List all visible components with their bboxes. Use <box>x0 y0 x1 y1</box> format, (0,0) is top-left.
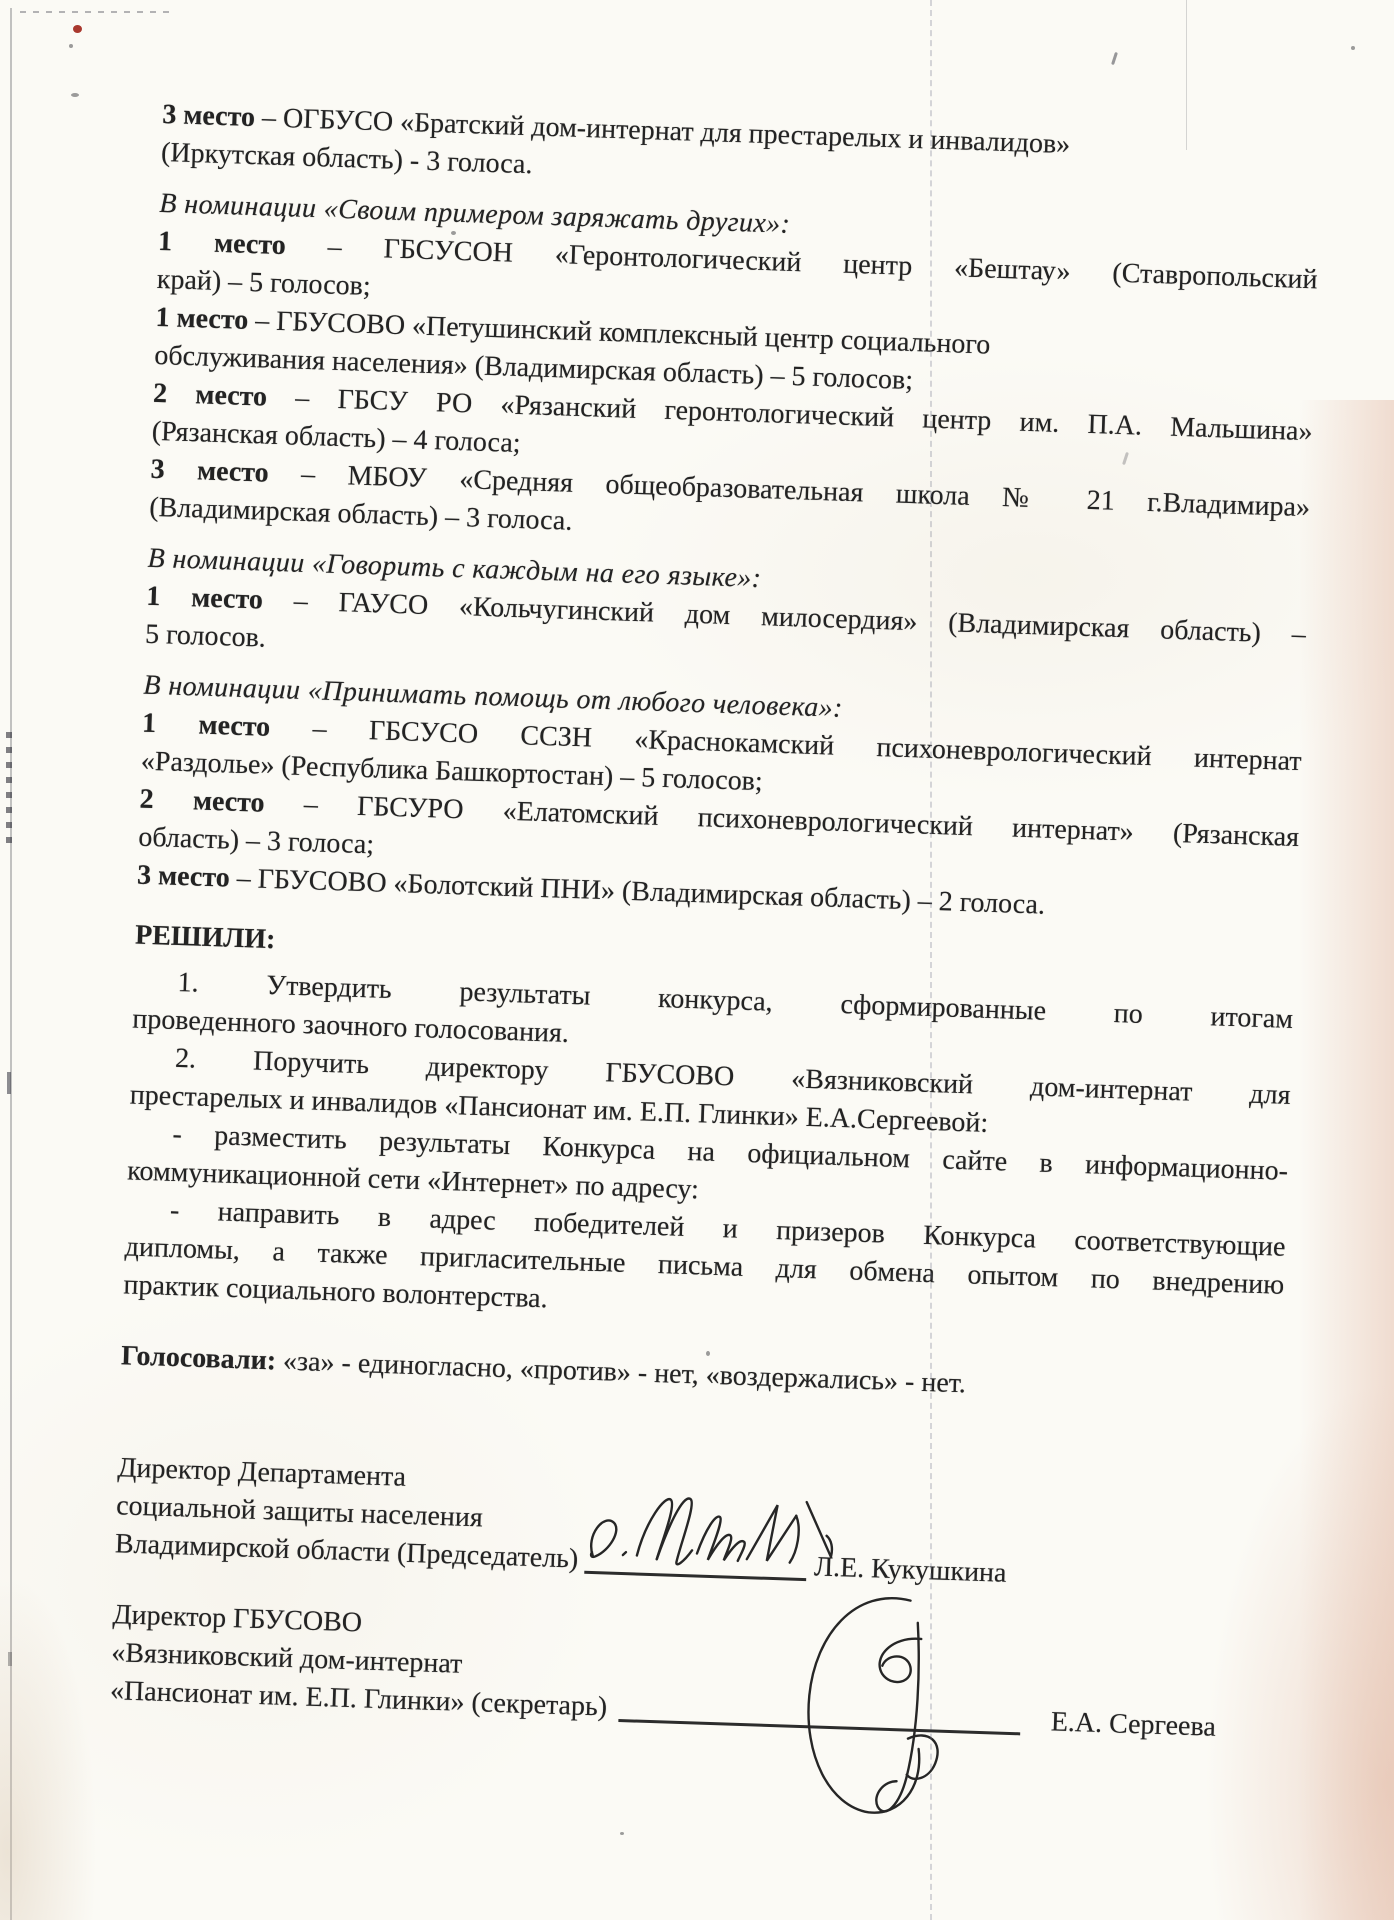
signature-line <box>619 1713 1021 1735</box>
speck <box>706 1351 710 1356</box>
scan-edge-marks <box>7 1072 11 1094</box>
scan-left-edge-line <box>10 8 12 1920</box>
scan-top-dotted-line <box>20 11 170 13</box>
right-edge-stain <box>1299 400 1394 1920</box>
speck <box>69 44 73 48</box>
speck <box>620 1832 624 1835</box>
scan-edge-marks <box>6 732 12 848</box>
scan-edge-marks <box>8 1652 12 1666</box>
scanned-document-page: 3 место – ОГБУСО «Братский дом-интернат … <box>0 0 1394 1920</box>
apostrophe-mark <box>1111 52 1118 65</box>
speck <box>451 231 456 235</box>
signature-line <box>584 1565 806 1581</box>
signature-scribble <box>766 1576 1004 1823</box>
signature-block-chairman: Директор Департамента социальной защиты … <box>114 1449 1277 1601</box>
scan-vertical-line <box>1186 0 1187 150</box>
red-ink-speck <box>73 25 82 33</box>
speck <box>1351 46 1355 50</box>
text-line: Голосовали: «за» - единогласно, «против»… <box>121 1337 1282 1413</box>
votes-line: Голосовали: «за» - единогласно, «против»… <box>121 1337 1282 1413</box>
speck <box>71 93 79 97</box>
bottom-left-stain <box>0 1580 95 1920</box>
signatory-name: Л.Е. Кукушкина <box>814 1548 1008 1592</box>
document-body: 3 место – ОГБУСО «Братский дом-интернат … <box>109 96 1322 1749</box>
signatory-name: Е.А. Сергеева <box>1050 1703 1216 1746</box>
signature-block-secretary: Директор ГБУСОВО «Вязниковский дом-интер… <box>109 1596 1272 1748</box>
